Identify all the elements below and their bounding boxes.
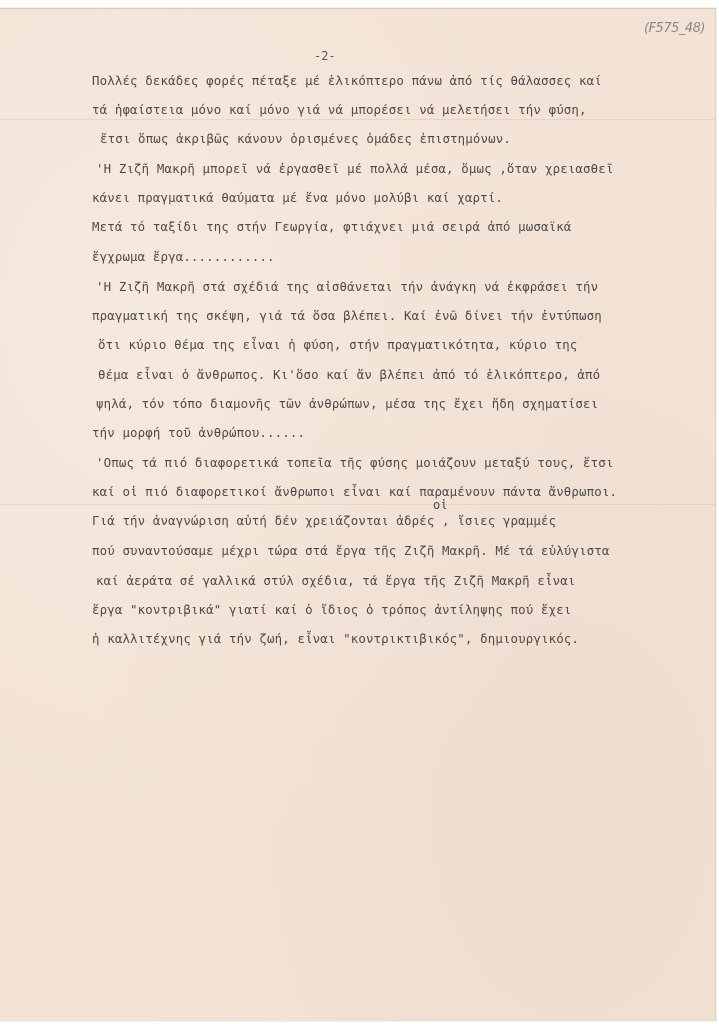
text-line: 'Η Ζιζῆ Μακρῆ στά σχέδιά της αἰσθάνεται … <box>96 279 598 294</box>
text-line: Γιά τήν ἀναγνώριση αὐτή δέν χρειάζονται … <box>92 513 556 528</box>
text-line: πραγματική της σκέψη, γιά τά ὅσα βλέπει.… <box>92 308 602 323</box>
text-line: Μετά τό ταξίδι της στήν Γεωργία, φτιάχνε… <box>92 219 571 234</box>
handwritten-insertion: οἱ <box>433 498 447 512</box>
archive-reference: (F575_48) <box>644 21 705 36</box>
text-line: τήν μορφή τοῦ ἀνθρώπου...... <box>92 425 305 440</box>
paper-crease <box>0 119 715 120</box>
text-line: ἔτσι ὅπως ἀκριβῶς κάνουν ὁρισμένες ὁμάδε… <box>100 131 511 146</box>
paper-crease <box>0 504 715 505</box>
text-line: καί ἀεράτα σέ γαλλικά στύλ σχέδια, τά ἔρ… <box>96 573 575 588</box>
text-line: ὅτι κύριο θέμα της εἶναι ἡ φύση, στήν πρ… <box>98 337 577 352</box>
text-line: καί οἱ πιό διαφορετικοί ἄνθρωποι εἶναι κ… <box>92 484 617 499</box>
text-line: ἔργα "κοντριβικά" γιατί καί ὁ ἴδιος ὁ τρ… <box>92 602 571 617</box>
text-line: 'Οπως τά πιό διαφορετικά τοπεῖα τῆς φύση… <box>96 455 613 470</box>
text-line: 'Η Ζιζῆ Μακρῆ μπορεῖ νά ἐργασθεῖ μέ πολλ… <box>96 161 613 176</box>
text-line: κάνει πραγματικά θαύματα μέ ἕνα μόνο μολ… <box>92 190 503 205</box>
text-line: ἔγχρωμα ἔργα............ <box>92 249 275 264</box>
page-number: -2- <box>314 49 336 63</box>
document-page: (F575_48) -2- Πολλές δεκάδες φορές πέταξ… <box>0 8 716 1021</box>
text-line: θέμα εἶναι ὁ ἄνθρωπος. Κι'ὅσο καί ἄν βλέ… <box>98 367 600 382</box>
text-line: ἡ καλλιτέχνης γιά τήν ζωή, εἶναι "κοντρι… <box>92 631 579 646</box>
text-line: τά ἡφαίστεια μόνο καί μόνο γιά νά μπορέσ… <box>92 102 587 117</box>
text-line: πού συναντούσαμε μέχρι τώρα στά ἔργα τῆς… <box>92 543 609 558</box>
text-line: ψηλά, τόν τόπο διαμονῆς τῶν ἀνθρώπων, μέ… <box>96 396 598 411</box>
text-line: Πολλές δεκάδες φορές πέταξε μέ ἑλικόπτερ… <box>92 73 602 88</box>
